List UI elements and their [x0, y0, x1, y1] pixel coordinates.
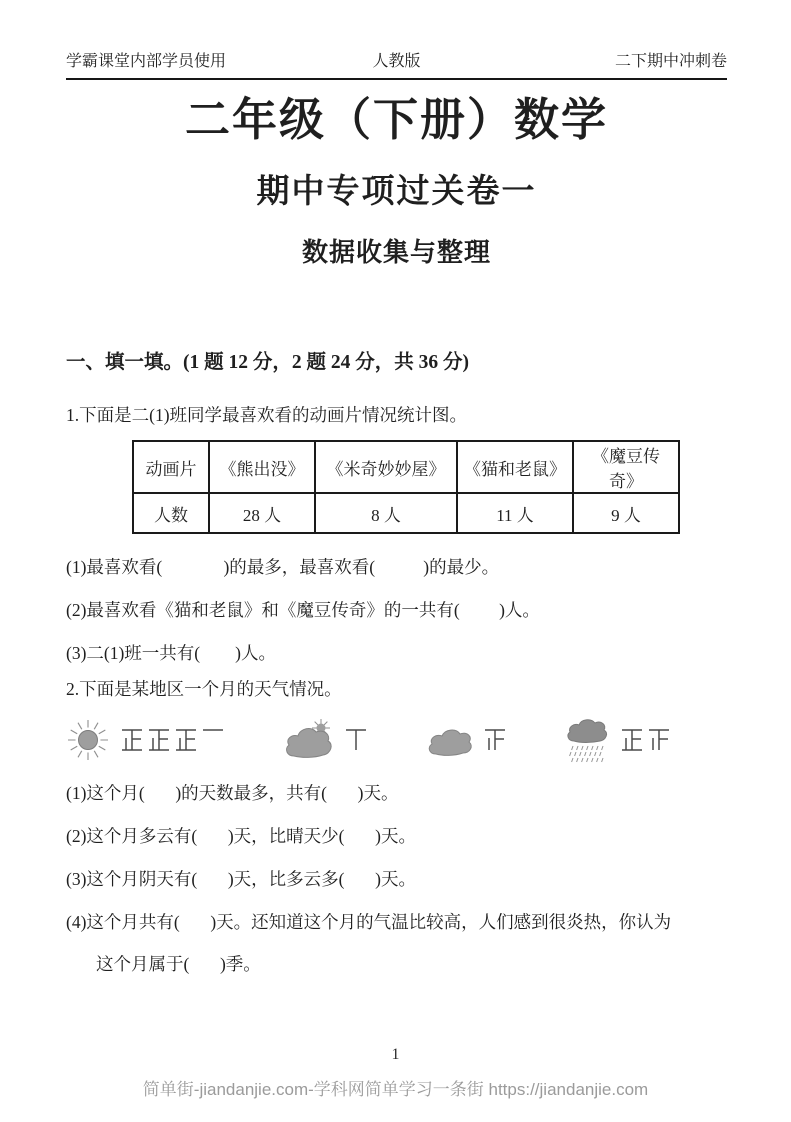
table-cell-column: 《猫和老鼠》: [457, 441, 573, 493]
rain-icon: [566, 716, 610, 764]
table-cell-value: 8 人: [315, 493, 457, 533]
cloudy-icon: [427, 721, 473, 759]
question2-stem: 2.下面是某地区一个月的天气情况。: [66, 678, 727, 701]
question2-sub3: (3)这个月阴天有( )天，比多云多( )天。: [66, 867, 727, 891]
table-cell-column: 《米奇妙妙屋》: [315, 441, 457, 493]
table-cell-value: 28 人: [209, 493, 315, 533]
question1-table: 动画片 《熊出没》 《米奇妙妙屋》 《猫和老鼠》 《魔豆传奇》 人数 28 人 …: [132, 440, 680, 534]
table-cell-column: 《熊出没》: [209, 441, 315, 493]
table-cell-value: 9 人: [573, 493, 679, 533]
partly-cloudy-icon: [284, 718, 334, 762]
sub-title: 期中专项过关卷一: [66, 172, 727, 212]
page-number: 1: [0, 1046, 791, 1064]
header-right-text: 二下期中冲刺卷: [507, 52, 727, 71]
cloudy-tally-marks: [483, 726, 512, 754]
footer-watermark: 简单街-jiandanjie.com-学科网简单学习一条街 https://ji…: [0, 1075, 791, 1100]
sunny-tally-marks: [120, 726, 230, 754]
sun-icon: [66, 718, 110, 762]
question2-sub4: (4)这个月共有( )天。还知道这个月的气温比较高，人们感到很炎热，你认为: [66, 910, 727, 934]
question1-sub1: (1)最喜欢看( )的最多，最喜欢看( )的最少。: [66, 555, 727, 579]
topic-title: 数据收集与整理: [66, 238, 727, 268]
section-one-heading: 一、填一填。(1 题 12 分，2 题 24 分，共 36 分): [66, 350, 727, 375]
question2-sub4-line2: 这个月属于( )季。: [66, 952, 727, 976]
question2-sub2: (2)这个月多云有( )天，比晴天少( )天。: [66, 824, 727, 848]
question1-sub2: (2)最喜欢看《猫和老鼠》和《魔豆传奇》的一共有( )人。: [66, 598, 727, 622]
weather-item-partly-cloudy: [284, 718, 373, 762]
main-title: 二年级（下册）数学: [66, 92, 727, 148]
header-left-text: 学霸课堂内部学员使用: [66, 52, 286, 71]
header-center-text: 人教版: [286, 52, 506, 71]
weather-item-sunny: [66, 718, 230, 762]
weather-item-rainy: [566, 716, 676, 764]
rainy-tally-marks: [620, 726, 676, 754]
table-cell-rowlabel: 动画片: [133, 441, 209, 493]
question1-stem: 1.下面是二(1)班同学最喜欢看的动画片情况统计图。: [66, 404, 727, 427]
table-row-values: 人数 28 人 8 人 11 人 9 人: [133, 493, 679, 533]
question1-sub3: (3)二(1)班一共有( )人。: [66, 641, 727, 665]
partly-cloudy-tally-marks: [344, 726, 373, 754]
weather-tally-chart: [66, 715, 727, 765]
table-cell-value: 11 人: [457, 493, 573, 533]
weather-item-cloudy: [427, 721, 512, 759]
question2-sub1: (1)这个月( )的天数最多，共有( )天。: [66, 781, 727, 805]
page-header: 学霸课堂内部学员使用 人教版 二下期中冲刺卷: [66, 52, 727, 80]
table-cell-column: 《魔豆传奇》: [573, 441, 679, 493]
table-row-header: 动画片 《熊出没》 《米奇妙妙屋》 《猫和老鼠》 《魔豆传奇》: [133, 441, 679, 493]
worksheet-page: 学霸课堂内部学员使用 人教版 二下期中冲刺卷 二年级（下册）数学 期中专项过关卷…: [0, 0, 791, 1122]
table-cell-rowlabel: 人数: [133, 493, 209, 533]
